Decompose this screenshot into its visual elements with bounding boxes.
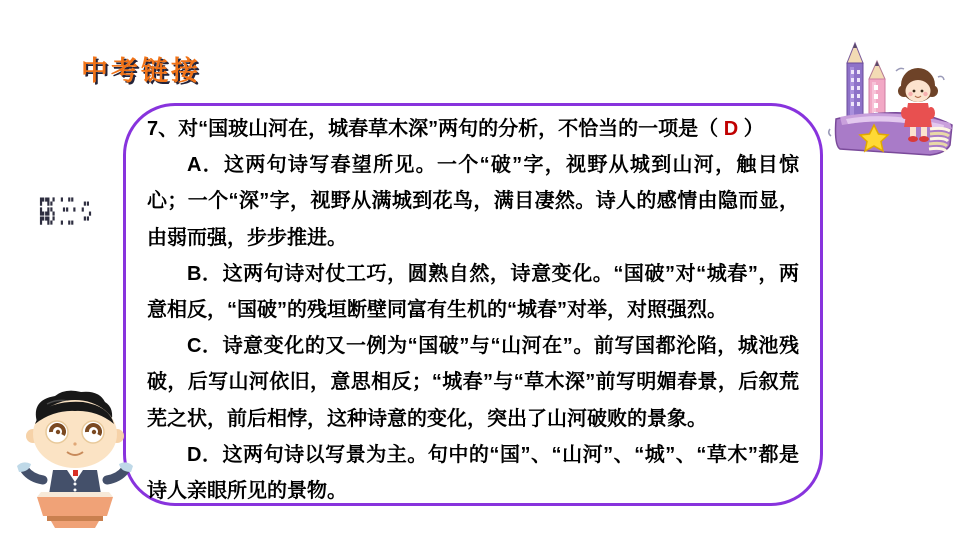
- option-c: C．诗意变化的又一例为“国破”与“山河在”。前写国都沦陷，城池残破，后写山河依旧…: [147, 328, 799, 437]
- answer-letter: D: [724, 118, 738, 140]
- boy-at-podium-illustration: [13, 388, 141, 528]
- girl-on-book-illustration: [826, 33, 960, 161]
- question-prefix: 7、对“国玻山河在，城春草木深”两句的分析，不恰当的一项是（: [147, 118, 724, 140]
- watermark-line: ▙▟▚ ▝▘▝ ▘▗: [40, 208, 92, 216]
- watermark-line: ▛▜▞ ▖▗▖ ▝▘: [40, 217, 92, 225]
- question-panel: 7、对“国玻山河在，城春草木深”两句的分析，不恰当的一项是（ D ） A．这两句…: [123, 103, 823, 506]
- boy-at-podium-icon: [13, 388, 141, 528]
- page-title: 中考链接: [81, 49, 201, 88]
- watermark-text: ▛▜▞ ▘▝▘ ▗▖ ▙▟▚ ▝▘▝ ▘▗ ▛▜▞ ▖▗▖ ▝▘: [40, 198, 110, 227]
- girl-on-book-icon: [826, 33, 960, 161]
- option-b: B．这两句诗对仗工巧，圆熟自然，诗意变化。“国破”对“城春”，两意相反，“国破”…: [147, 256, 799, 328]
- question-stem: 7、对“国玻山河在，城春草木深”两句的分析，不恰当的一项是（ D ）: [147, 111, 799, 147]
- option-d: D．这两句诗以写景为主。句中的“国”、“山河”、“城”、“草木”都是诗人亲眼所见…: [147, 437, 799, 509]
- question-suffix: ）: [738, 118, 764, 140]
- option-a: A．这两句诗写春望所见。一个“破”字，视野从城到山河，触目惊心；一个“深”字，视…: [147, 147, 799, 256]
- watermark-line: ▛▜▞ ▘▝▘ ▗▖: [40, 198, 92, 206]
